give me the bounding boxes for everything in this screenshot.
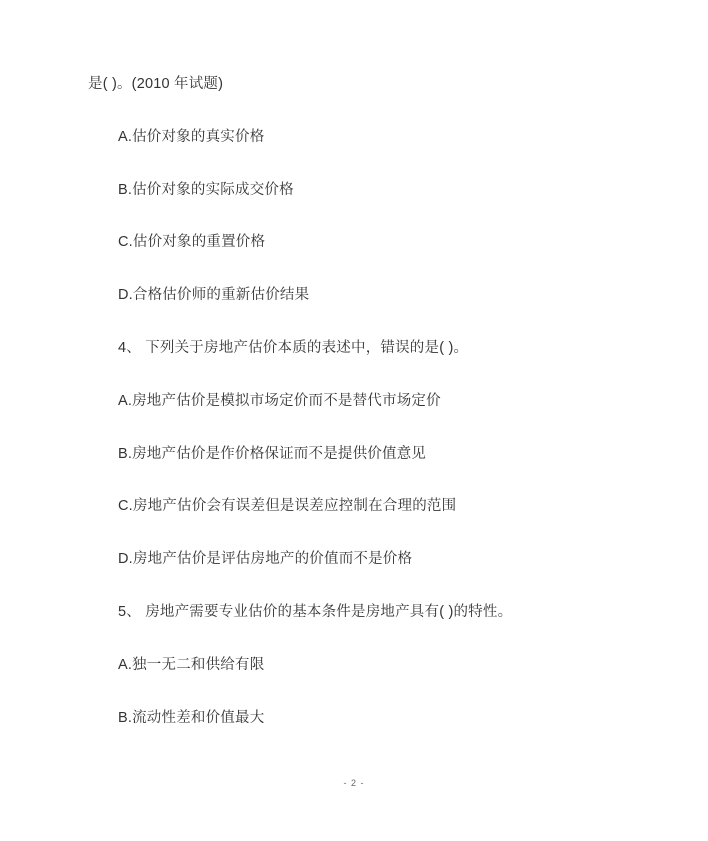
option-line: A.估价对象的真实价格 <box>118 129 264 146</box>
option-line: A.独一无二和供给有限 <box>118 657 264 674</box>
option-line: B.估价对象的实际成交价格 <box>118 182 294 199</box>
document-page: 是( )。(2010 年试题)A.估价对象的真实价格B.估价对象的实际成交价格C… <box>0 0 708 841</box>
option-line: C.房地产估价会有误差但是误差应控制在合理的范围 <box>118 498 456 515</box>
option-line: B.流动性差和价值最大 <box>118 710 264 727</box>
option-line: B.房地产估价是作价格保证而不是提供价值意见 <box>118 446 426 463</box>
option-line: D.房地产估价是评估房地产的价值而不是价格 <box>118 551 412 568</box>
page-number: - 2 - <box>0 778 708 788</box>
question-line: 4、 下列关于房地产估价本质的表述中，错误的是( )。 <box>118 340 468 357</box>
option-line: C.估价对象的重置价格 <box>118 234 265 251</box>
option-line: D.合格估价师的重新估价结果 <box>118 287 309 304</box>
document-content: 是( )。(2010 年试题)A.估价对象的真实价格B.估价对象的实际成交价格C… <box>0 0 708 841</box>
continuation-line: 是( )。(2010 年试题) <box>88 76 223 93</box>
question-line: 5、 房地产需要专业估价的基本条件是房地产具有( )的特性。 <box>118 604 512 621</box>
option-line: A.房地产估价是模拟市场定价而不是替代市场定价 <box>118 393 441 410</box>
